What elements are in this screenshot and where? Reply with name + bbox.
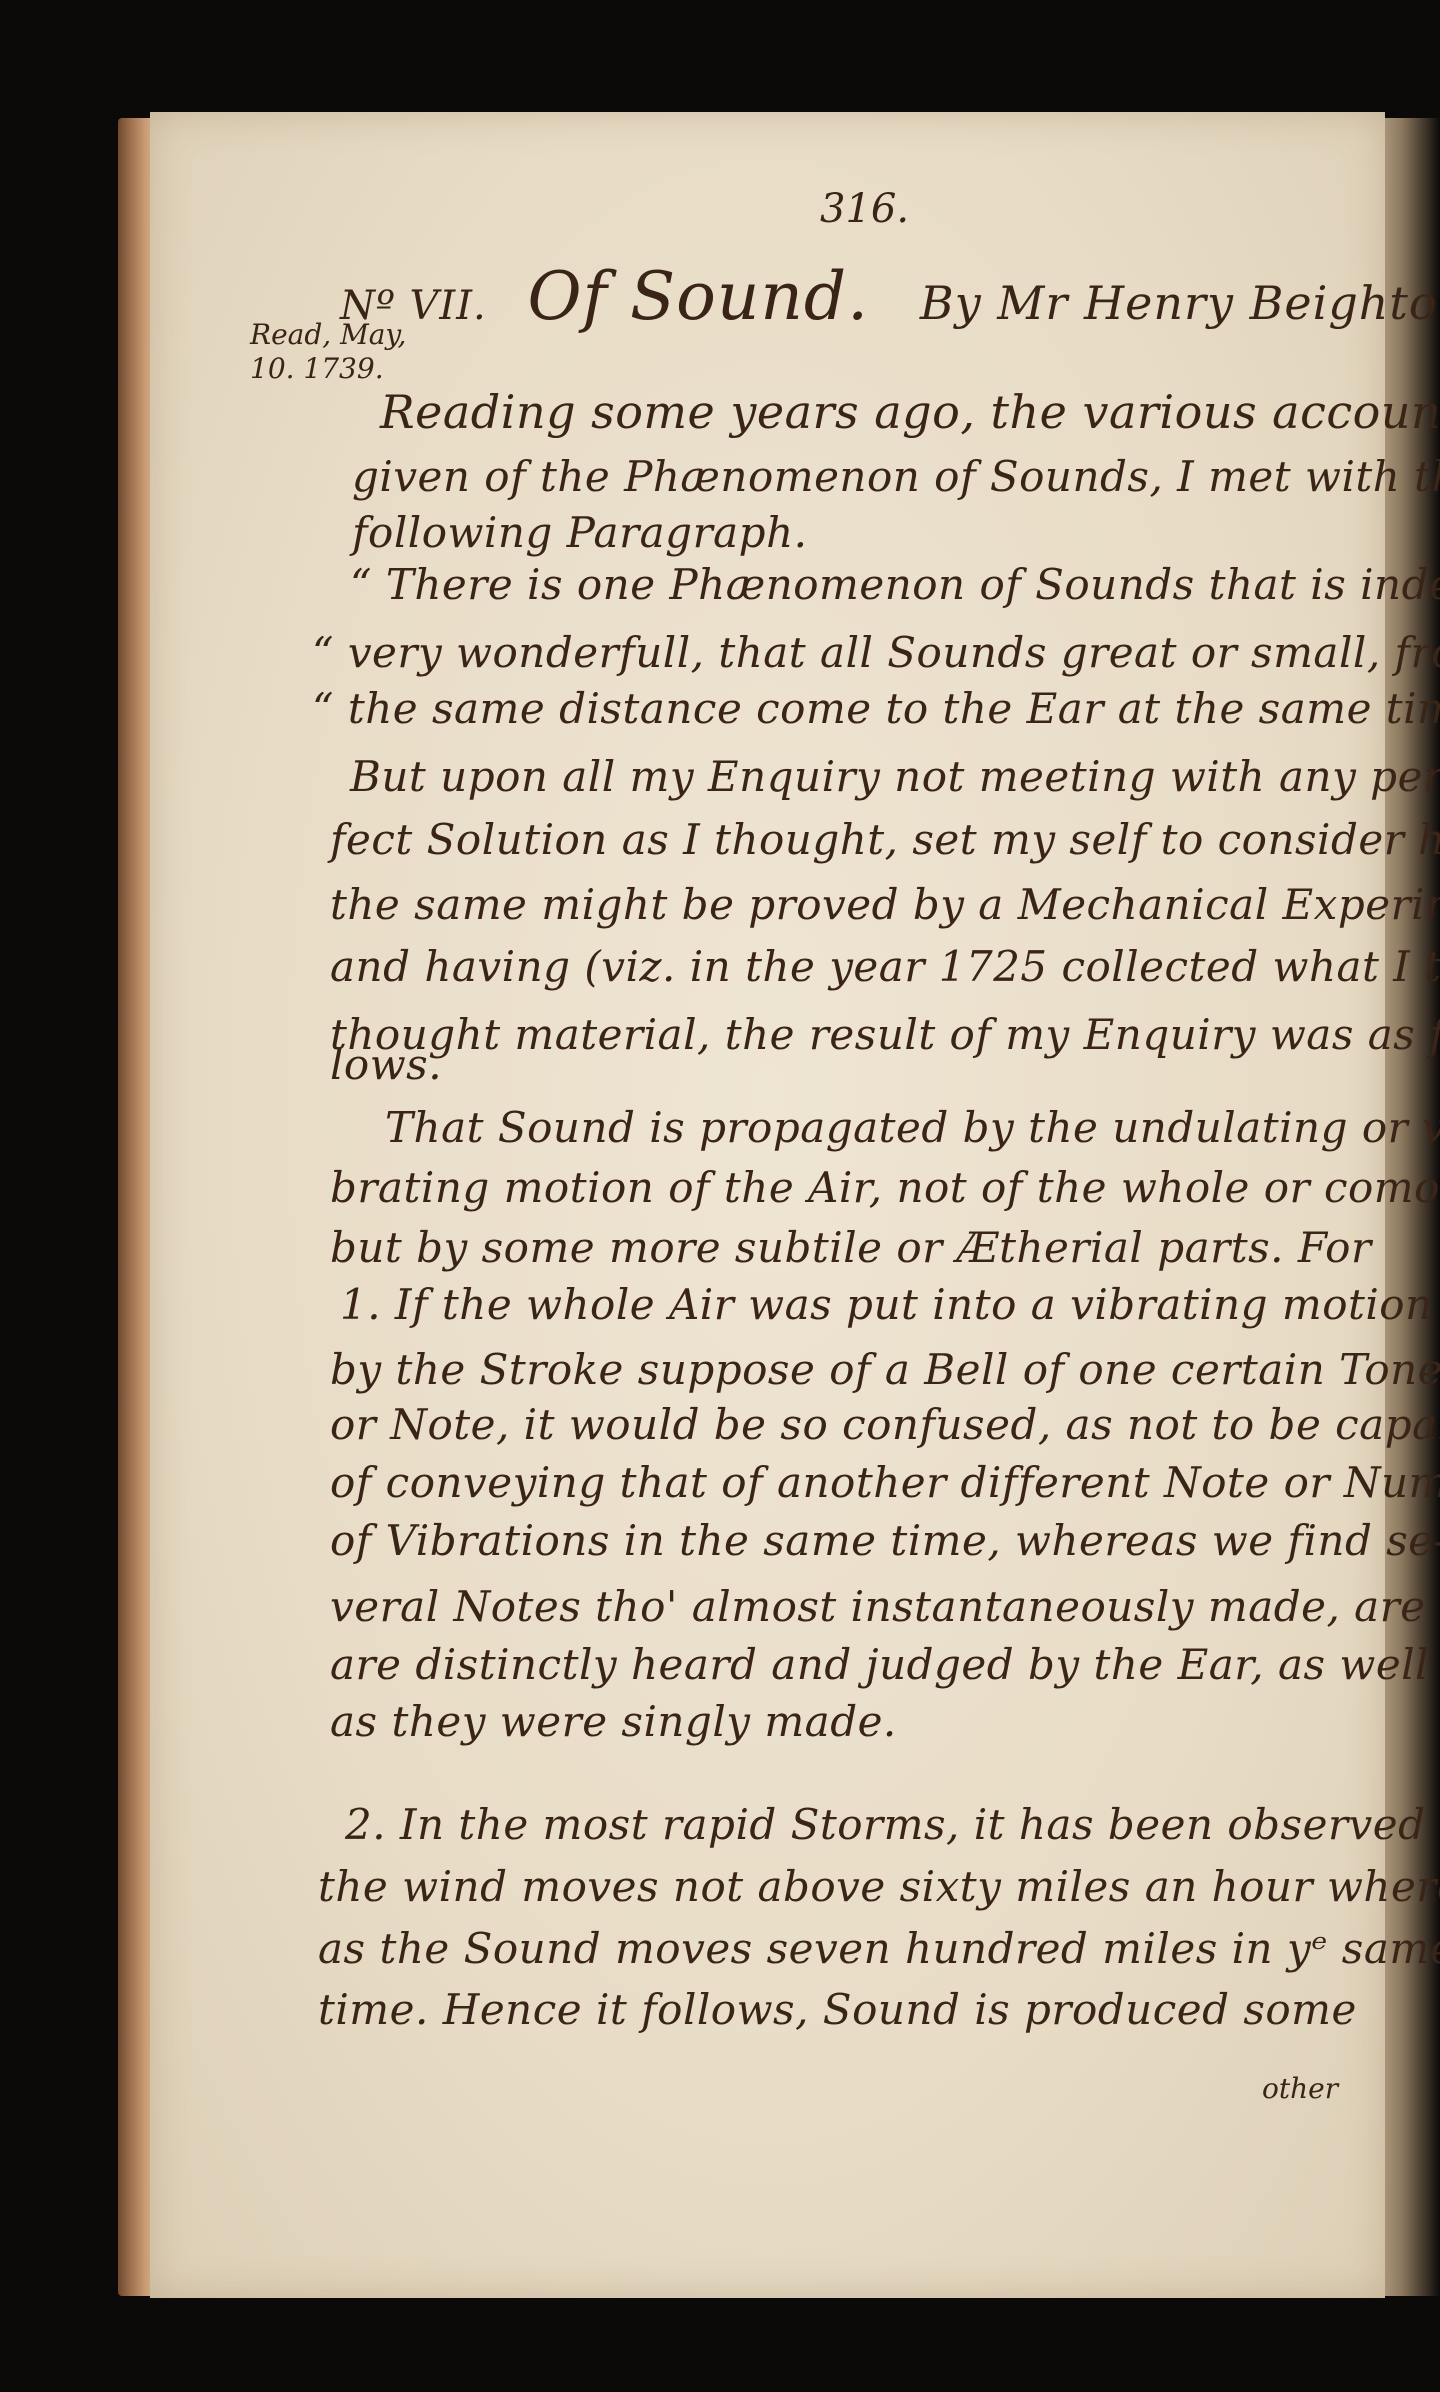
text-line: given of the Phænomenon of Sounds, I met… (352, 452, 1440, 501)
text-line: by the Stroke suppose of a Bell of one c… (330, 1345, 1440, 1394)
page-number: 316. (820, 186, 909, 232)
text-line: “ the same distance come to the Ear at t… (312, 684, 1440, 733)
text-line: the same might be proved by a Mechanical… (330, 880, 1440, 929)
text-line: “ There is one Phænomenon of Sounds that… (350, 560, 1440, 609)
article-title: Of Sound. (527, 258, 869, 335)
text-line: time. Hence it follows, Sound is produce… (318, 1985, 1357, 2034)
text-line: or Note, it would be so confused, as not… (330, 1400, 1440, 1449)
text-line: as they were singly made. (330, 1697, 897, 1746)
text-line: following Paragraph. (352, 508, 807, 557)
margin-note-read-date-year: 10. 1739. (250, 352, 384, 385)
text-line: of Vibrations in the same time, whereas … (330, 1516, 1440, 1565)
text-line: brating motion of the Air, not of the wh… (330, 1163, 1440, 1212)
text-line: fect Solution as I thought, set my self … (330, 815, 1440, 864)
text-line: 1. If the whole Air was put into a vibra… (340, 1280, 1433, 1329)
text-line: thought material, the result of my Enqui… (330, 1010, 1440, 1059)
text-line: lows. (330, 1040, 442, 1089)
text-line: veral Notes tho' almost instantaneously … (330, 1582, 1426, 1631)
text-line: the wind moves not above sixty miles an … (318, 1862, 1440, 1911)
article-heading: Nº VII. Of Sound. By Mr Henry Beighton. (340, 258, 1440, 335)
article-author: By Mr Henry Beighton. (920, 276, 1440, 330)
text-line: and having (viz. in the year 1725 collec… (330, 942, 1440, 991)
text-line: That Sound is propagated by the undulati… (385, 1103, 1440, 1152)
text-line: “ very wonderfull, that all Sounds great… (312, 628, 1440, 677)
text-line: as the Sound moves seven hundred miles i… (318, 1924, 1440, 1973)
text-line: 2. In the most rapid Storms, it has been… (345, 1800, 1426, 1849)
catchword: other (1262, 2072, 1338, 2105)
text-line: of conveying that of another different N… (330, 1458, 1440, 1507)
text-line: but by some more subtile or Ætherial par… (330, 1223, 1372, 1272)
text-line: But upon all my Enquiry not meeting with… (350, 752, 1440, 801)
text-line: Reading some years ago, the various acco… (380, 385, 1440, 439)
text-line: are distinctly heard and judged by the E… (330, 1640, 1429, 1689)
margin-note-read-date: Read, May, (250, 318, 406, 351)
